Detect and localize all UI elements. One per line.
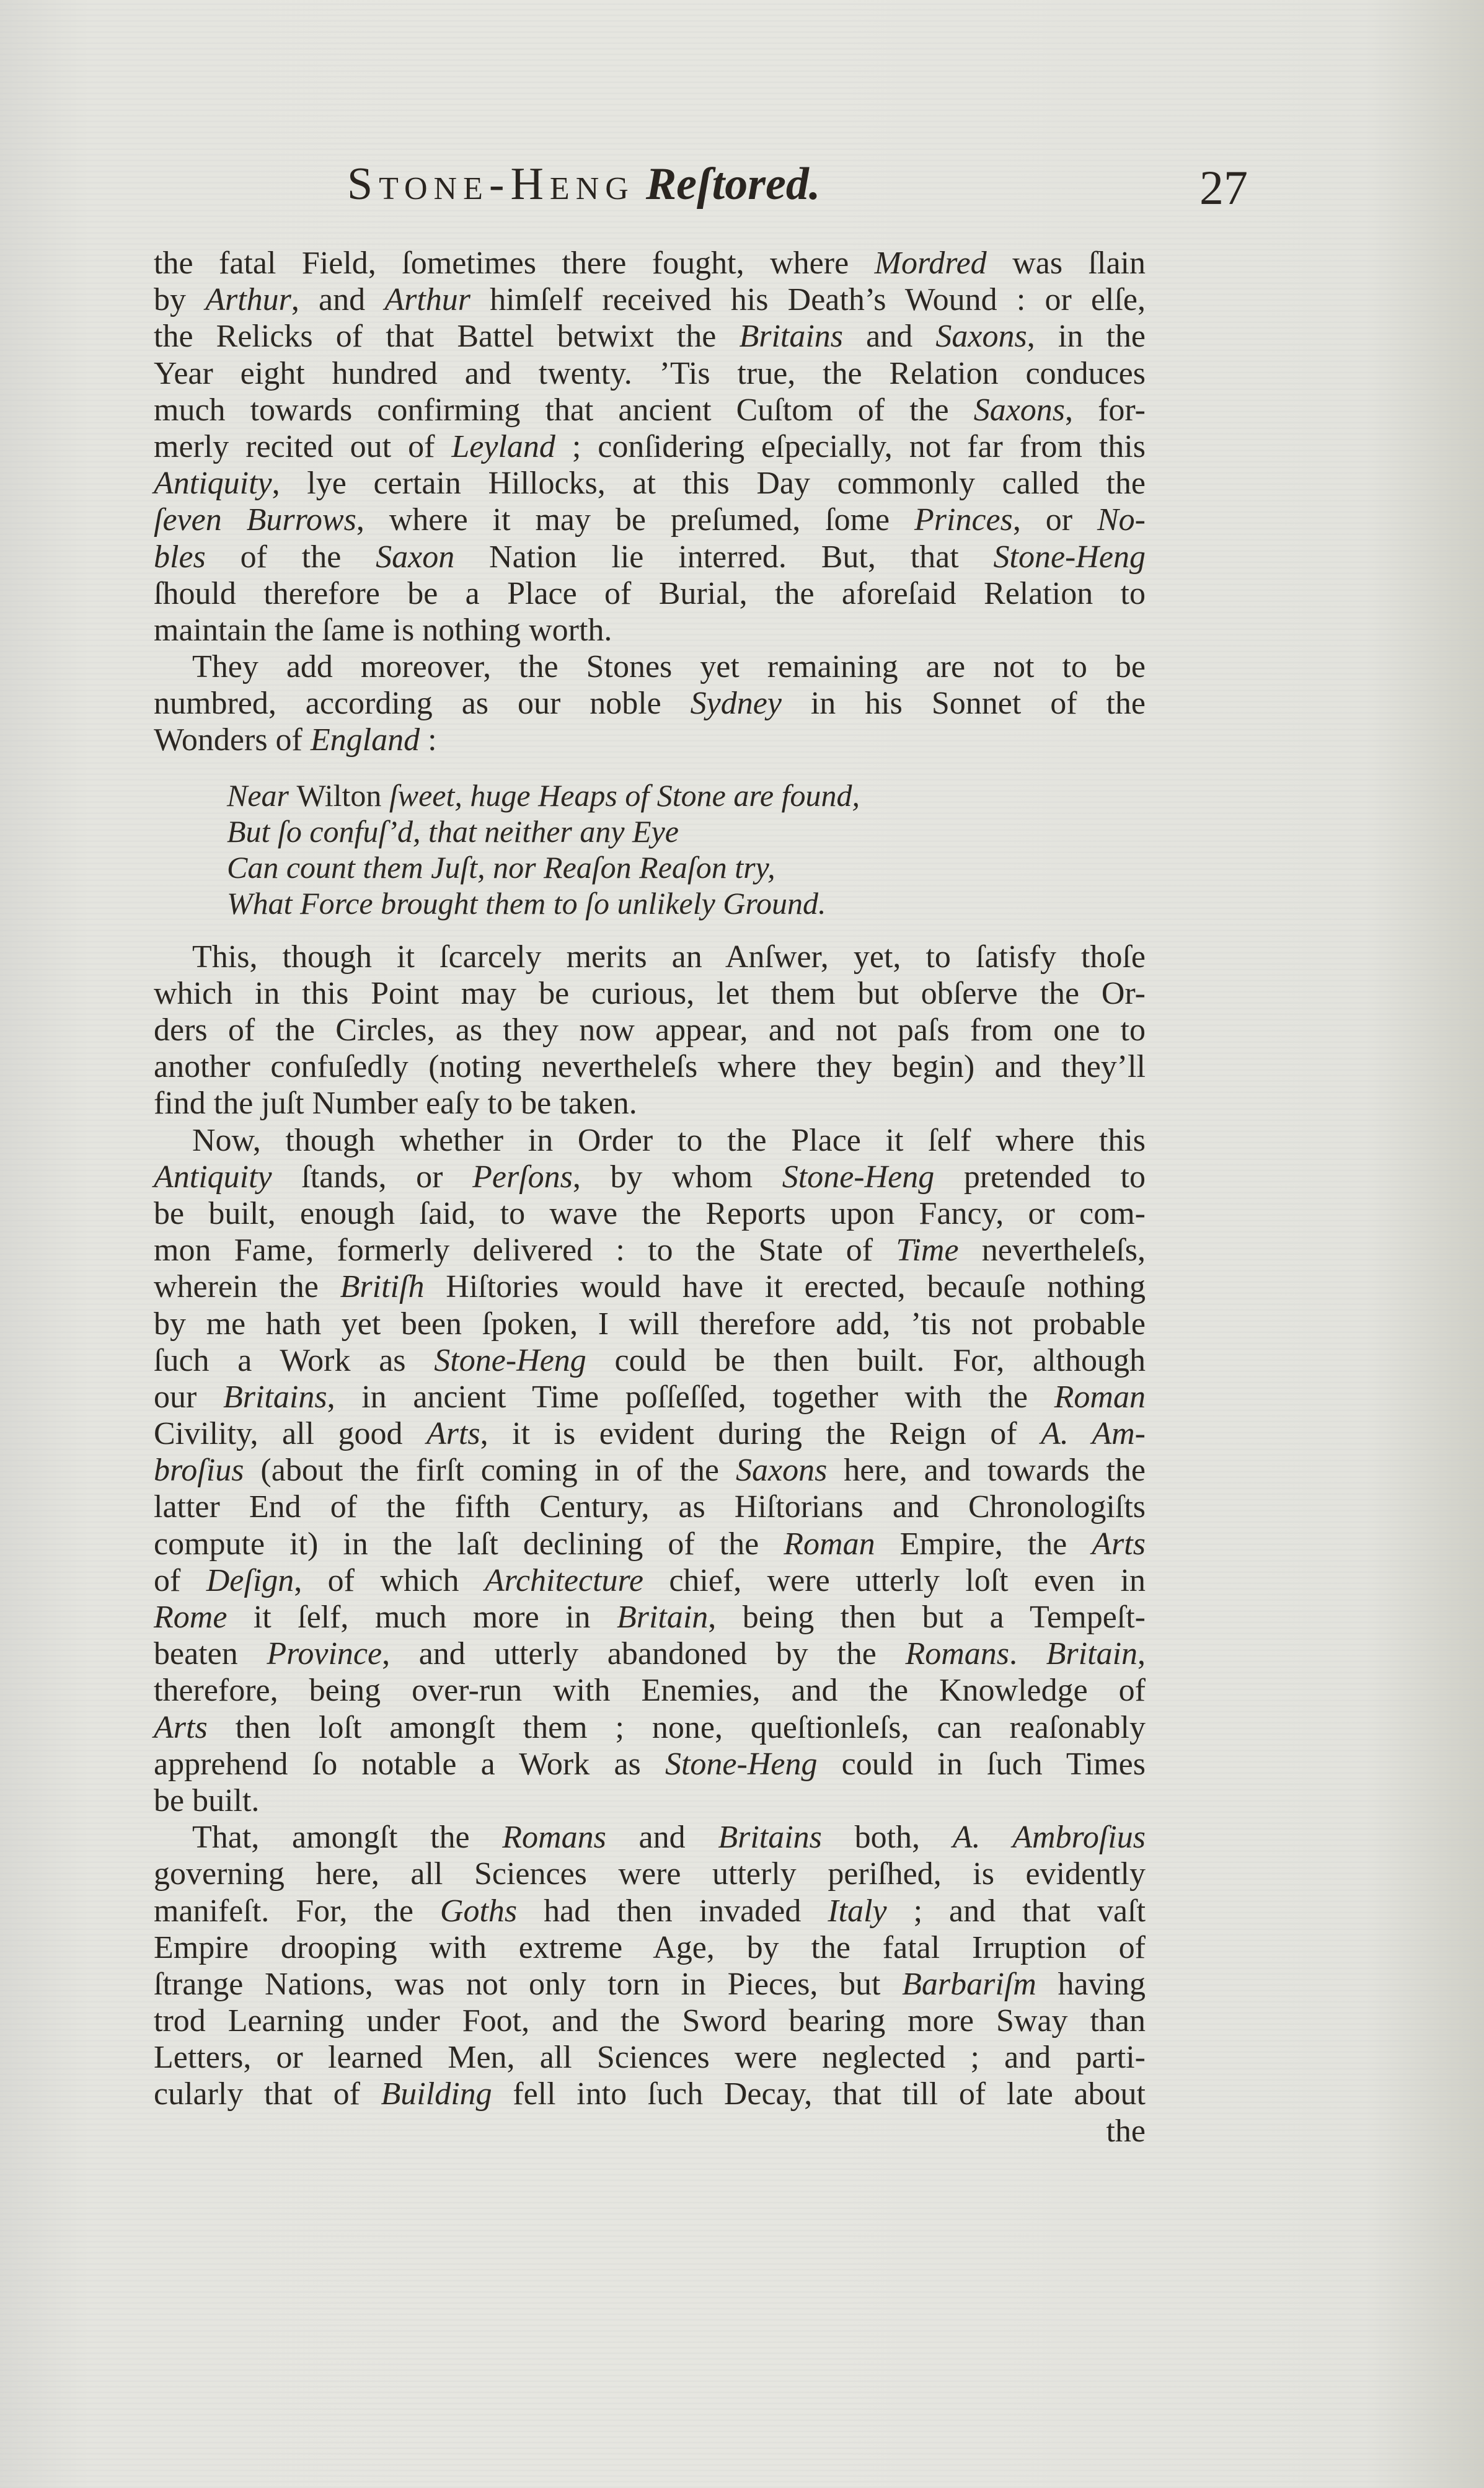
text-line: Now, though whether in Order to the Plac… [154, 1122, 1146, 1159]
text-line: This, though it ſcarcely merits an Anſwe… [154, 939, 1146, 975]
text-line: Empire drooping with extreme Age, by the… [154, 1929, 1146, 1966]
text-line: Arts then loſt amongſt them ; none, queſ… [154, 1709, 1146, 1746]
text-line: trod Learning under Foot, and the Sword … [154, 2003, 1146, 2039]
text-line: by Arthur, and Arthur himſelf received h… [154, 281, 1146, 318]
sonnet-quotation: Near Wilton ſweet, huge Heaps of Stone a… [227, 777, 1146, 921]
running-head-italic: Reſtored. [646, 159, 821, 210]
page-number: 27 [1199, 160, 1248, 216]
text-line: Letters, or learned Men, all Sciences we… [154, 2039, 1146, 2076]
text-line: mon Fame, formerly delivered : to the St… [154, 1232, 1146, 1268]
text-line: ſtrange Nations, was not only torn in Pi… [154, 1966, 1146, 2003]
text-line: Year eight hundred and twenty. ’Tis true… [154, 355, 1146, 392]
text-line: Antiquity ſtands, or Perſons, by whom St… [154, 1159, 1146, 1195]
text-line: be built, enough ſaid, to wave the Repor… [154, 1195, 1146, 1232]
verse-line: Near Wilton ſweet, huge Heaps of Stone a… [227, 777, 1146, 813]
text-line: our Britains, in ancient Time poſſeſſed,… [154, 1379, 1146, 1415]
text-line: ſuch a Work as Stone-Heng could be then … [154, 1342, 1146, 1379]
text-line: Antiquity, lye certain Hillocks, at this… [154, 465, 1146, 502]
paragraph: That, amongſt the Romans and Britains bo… [154, 1819, 1146, 2113]
verse-line: What Force brought them to ſo unlikely G… [227, 885, 1146, 921]
text-line: the fatal Field, ſometimes there fought,… [154, 245, 1146, 281]
paragraph: This, though it ſcarcely merits an Anſwe… [154, 939, 1146, 1122]
text-line: be built. [154, 1782, 1146, 1819]
paragraph: Now, though whether in Order to the Plac… [154, 1122, 1146, 1820]
running-head-title: Stone-Heng [347, 159, 635, 210]
text-line: They add moreover, the Stones yet remain… [154, 649, 1146, 685]
text-line: maintain the ſame is nothing worth. [154, 612, 1146, 649]
text-line: apprehend ſo notable a Work as Stone-Hen… [154, 1746, 1146, 1782]
text-line: compute it) in the laſt declining of the… [154, 1526, 1146, 1562]
text-line: beaten Province, and utterly abandoned b… [154, 1636, 1146, 1672]
catchword: the [154, 2113, 1146, 2149]
text-line: ders of the Circles, as they now appear,… [154, 1012, 1146, 1048]
text-line: bles of the Saxon Nation lie interred. B… [154, 539, 1146, 575]
book-page: Stone-HengReſtored. 27 the fatal Field, … [0, 0, 1484, 2488]
text-line: manifeſt. For, the Goths had then invade… [154, 1893, 1146, 1929]
text-line: cularly that of Building fell into ſuch … [154, 2076, 1146, 2112]
text-line: wherein the Britiſh Hiſtories would have… [154, 1268, 1146, 1305]
text-line: merly recited out of Leyland ; conſideri… [154, 428, 1146, 465]
text-line: Wonders of England : [154, 722, 1146, 758]
text-line: Civility, all good Arts, it is evident d… [154, 1415, 1146, 1452]
text-line: therefore, being over-run with Enemies, … [154, 1672, 1146, 1709]
text-line: by me hath yet been ſpoken, I will there… [154, 1306, 1146, 1342]
text-line: numbred, according as our noble Sydney i… [154, 685, 1146, 722]
paragraph: the fatal Field, ſometimes there fought,… [154, 245, 1146, 649]
text-line: which in this Point may be curious, let … [154, 975, 1146, 1012]
text-line: much towards confirming that ancient Cuſ… [154, 392, 1146, 428]
running-head: Stone-HengReſtored. [347, 158, 820, 211]
text-line: ſeven Burrows, where it may be preſumed,… [154, 502, 1146, 538]
text-line: another confuſedly (noting nevertheleſs … [154, 1048, 1146, 1085]
verse-line: But ſo confuſ’d, that neither any Eye [227, 813, 1146, 849]
text-line: Rome it ſelf, much more in Britain, bein… [154, 1599, 1146, 1636]
paragraphs-before-verse: the fatal Field, ſometimes there fought,… [154, 245, 1146, 759]
verse-line: Can count them Juſt, nor Reaſon Reaſon t… [227, 849, 1146, 885]
text-line: of Deſign, of which Architecture chief, … [154, 1562, 1146, 1599]
text-line: broſius (about the firſt coming in of th… [154, 1452, 1146, 1489]
text-line: latter End of the fifth Century, as Hiſt… [154, 1489, 1146, 1525]
text-line: find the juſt Number eaſy to be taken. [154, 1085, 1146, 1122]
body-text: the fatal Field, ſometimes there fought,… [154, 245, 1146, 2149]
text-line: the Relicks of that Battel betwixt the B… [154, 318, 1146, 355]
paragraph: They add moreover, the Stones yet remain… [154, 649, 1146, 759]
text-line: That, amongſt the Romans and Britains bo… [154, 1819, 1146, 1856]
text-line: governing here, all Sciences were utterl… [154, 1856, 1146, 1892]
paragraphs-after-verse: This, though it ſcarcely merits an Anſwe… [154, 939, 1146, 2113]
text-line: ſhould therefore be a Place of Burial, t… [154, 575, 1146, 612]
